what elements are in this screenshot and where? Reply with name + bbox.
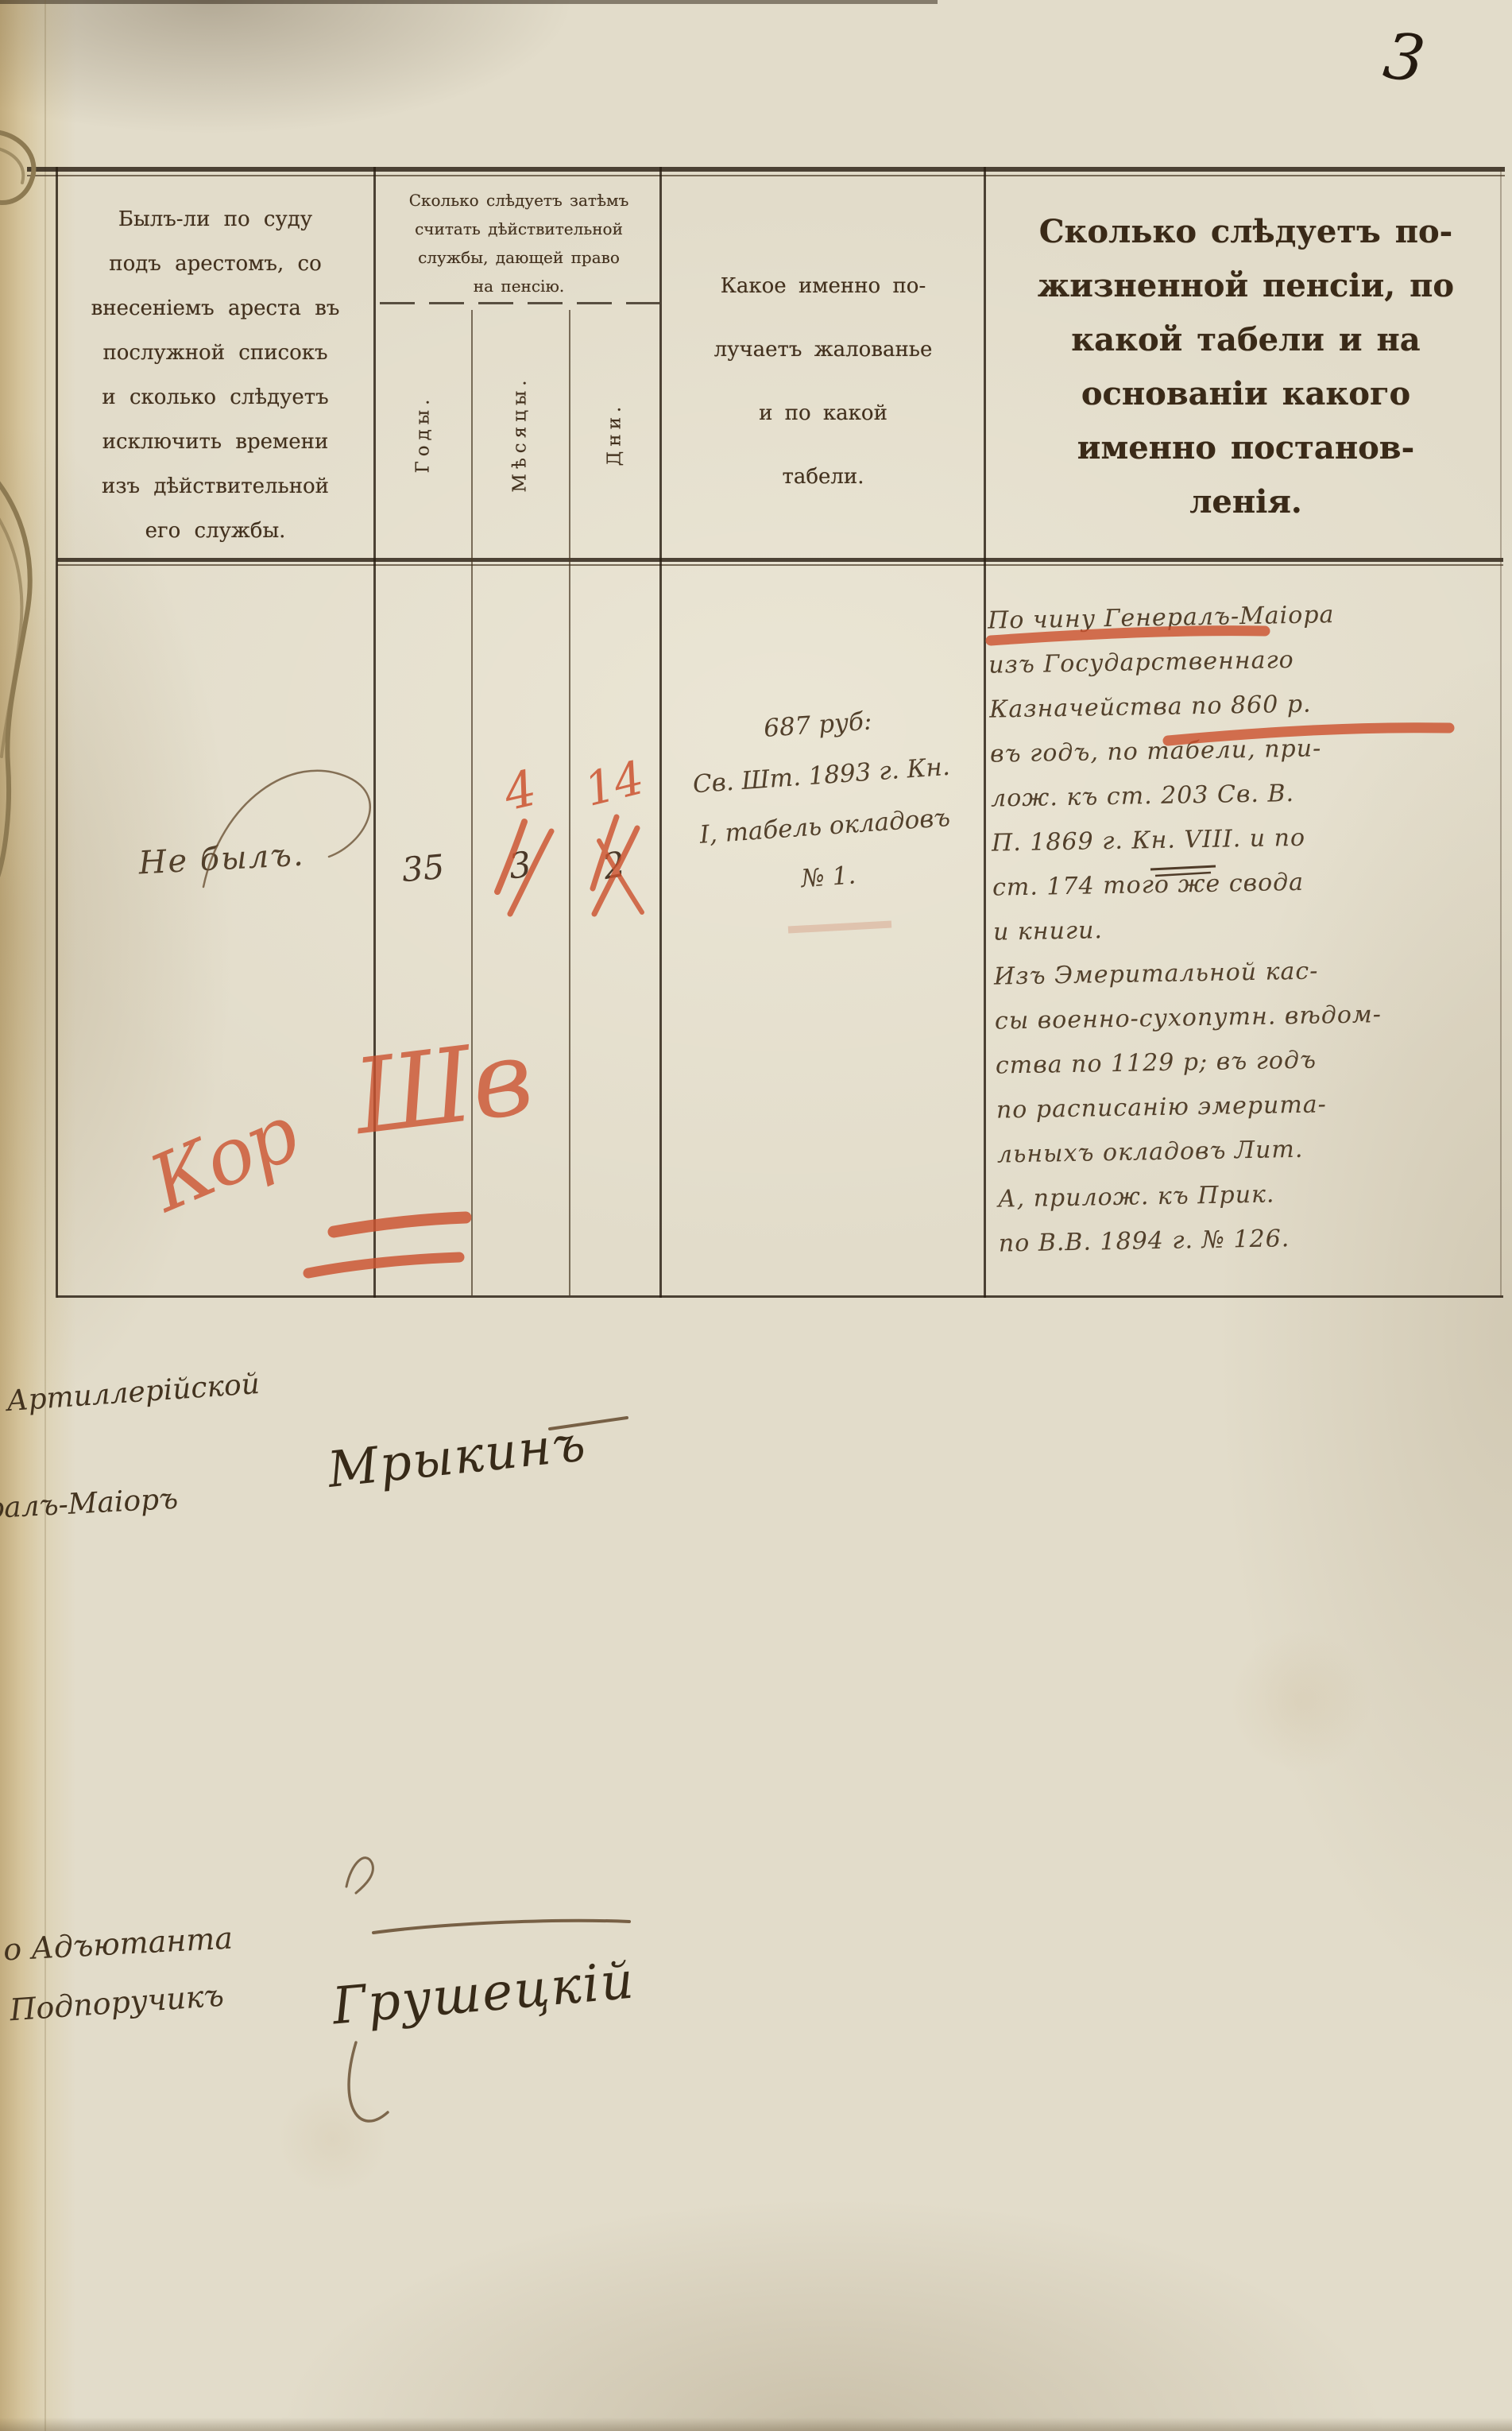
thread-long bbox=[0, 477, 30, 884]
header-service-group-line: на пенсію. bbox=[380, 272, 658, 300]
subcol-years-label: Годы. bbox=[375, 312, 471, 556]
cell-pension-value: По чину Генералъ-Маіора изъ Государствен… bbox=[988, 590, 1512, 1266]
subcol-months-text: Мѣсяцы. bbox=[510, 375, 531, 492]
header-pension-line: именно постанов- bbox=[992, 421, 1500, 475]
header-pension: Сколько слѣдуетъ по- жизненной пенсіи, п… bbox=[992, 205, 1500, 529]
table-top-rule-thin bbox=[27, 175, 1505, 176]
header-pension-line: жизненной пенсіи, по bbox=[992, 259, 1500, 313]
header-pension-line: Сколько слѣдуетъ по- bbox=[992, 205, 1500, 259]
cell-arrest-value: Не былъ. bbox=[75, 833, 368, 885]
cell-salary-value: 687 руб: Св. Шт. 1893 г. Кн. I, табель о… bbox=[658, 688, 989, 913]
header-pension-line: основаніи какого bbox=[992, 367, 1500, 421]
cell-months-red-value: 4 bbox=[466, 751, 574, 830]
header-arrest-line: Былъ-ли по суду bbox=[67, 197, 364, 242]
header-salary-line: Какое именно по- bbox=[667, 254, 979, 318]
header-arrest: Былъ-ли по суду подъ арестомъ, со внесен… bbox=[67, 197, 364, 553]
document-page: 3 Былъ-ли по суду подъ арестомъ, со внес… bbox=[0, 0, 1512, 2431]
col-salary-right-border bbox=[984, 167, 986, 1298]
page-number: 3 bbox=[1380, 18, 1429, 97]
smudge-stroke bbox=[788, 924, 891, 930]
signature2-top-flourish bbox=[346, 1858, 373, 1893]
table-bottom-rule bbox=[57, 1295, 1503, 1298]
subcol-days-text: Дни. bbox=[604, 402, 625, 466]
red-smudge bbox=[788, 924, 891, 930]
header-pension-line: ленія. bbox=[992, 475, 1500, 529]
header-arrest-line: внесеніемъ ареста въ bbox=[67, 286, 364, 331]
header-service-group-line: Сколько слѣдуетъ затѣмъ bbox=[380, 186, 658, 215]
header-arrest-line: его службы. bbox=[67, 509, 364, 553]
red-pencil-note-left: Кор bbox=[137, 1089, 308, 1229]
table-top-rule bbox=[27, 167, 1505, 172]
top-edge-shadow bbox=[0, 0, 938, 4]
header-service-group-line: службы, дающей право bbox=[380, 243, 658, 272]
service-group-dashed-rule bbox=[380, 302, 659, 304]
signature2-role-line: о Адъютанта bbox=[2, 1920, 234, 1967]
cell-pension-line: по В.В. 1894 г. № 126. bbox=[998, 1213, 1511, 1266]
header-pension-line: какой табели и на bbox=[992, 313, 1500, 367]
header-salary-line: табели. bbox=[667, 445, 979, 509]
header-bottom-rule-thin bbox=[57, 564, 1503, 566]
signature2-overline bbox=[373, 1921, 629, 1933]
bottom-edge-shadow bbox=[0, 2417, 1512, 2431]
signature2-rank-line: Подпоручикъ bbox=[9, 1978, 225, 2028]
header-salary: Какое именно по- лучаетъ жалованье и по … bbox=[667, 254, 979, 509]
header-salary-line: и по какой bbox=[667, 381, 979, 445]
header-arrest-line: исключить времени bbox=[67, 420, 364, 464]
signature2-tail-loop bbox=[349, 2042, 388, 2121]
red-pencil-note-right: Шв bbox=[348, 1016, 539, 1158]
thread-loop-inner bbox=[0, 148, 23, 183]
cell-days-red-value: 14 bbox=[563, 746, 664, 821]
subcol-days-label: Дни. bbox=[569, 312, 659, 556]
header-arrest-line: послужной списокъ bbox=[67, 331, 364, 375]
red-note-underline-2 bbox=[308, 1257, 459, 1273]
signature2-name: Грушецкій bbox=[331, 1952, 638, 2037]
cell-days-crossed-value: 2 bbox=[566, 838, 662, 893]
header-service-group: Сколько слѣдуетъ затѣмъ считать дѣйствит… bbox=[380, 186, 658, 300]
cell-years-value: 35 bbox=[373, 845, 473, 892]
signature1-name: Мрыкинъ bbox=[325, 1414, 590, 1499]
binding-threads bbox=[0, 132, 33, 884]
header-arrest-line: изъ дѣйствительной bbox=[67, 464, 364, 509]
subcol-months-label: Мѣсяцы. bbox=[471, 312, 569, 556]
binding-crease bbox=[44, 0, 46, 2431]
header-salary-line: лучаетъ жалованье bbox=[667, 318, 979, 381]
subcol-years-text: Годы. bbox=[412, 395, 433, 474]
header-bottom-rule bbox=[57, 558, 1503, 562]
thread-long-second bbox=[0, 510, 21, 757]
header-service-group-line: считать дѣйствительной bbox=[380, 215, 658, 243]
cell-months-crossed-value: 3 bbox=[469, 839, 571, 893]
header-arrest-line: подъ арестомъ, со bbox=[67, 242, 364, 286]
signature1-rank-line: ралъ-Маіоръ bbox=[0, 1483, 179, 1526]
table-left-border bbox=[56, 167, 58, 1298]
red-note-underline-1 bbox=[334, 1217, 466, 1232]
header-arrest-line: и сколько слѣдуетъ bbox=[67, 375, 364, 420]
